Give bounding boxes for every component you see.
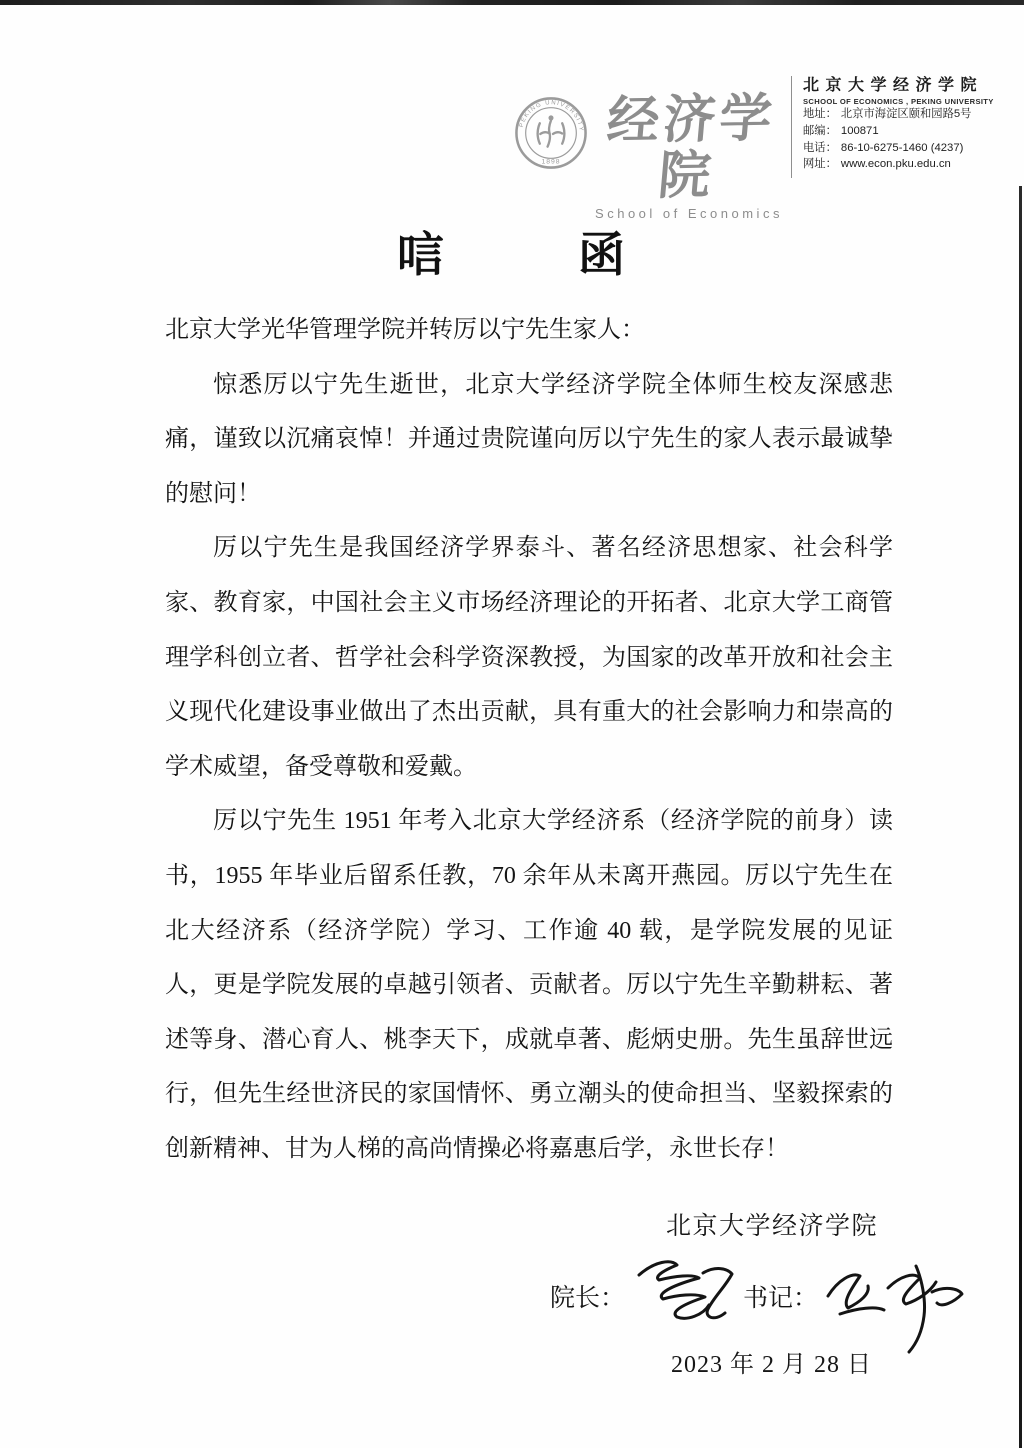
paragraph-2: 厉以宁先生是我国经济学界泰斗、著名经济思想家、社会科学家、教育家，中国社会主义市… xyxy=(165,521,893,794)
letter-body: 北京大学光华管理学院并转厉以宁先生家人： 惊悉厉以宁先生逝世，北京大学经济学院全… xyxy=(165,303,893,1177)
postcode-row: 邮编： 100871 xyxy=(803,124,1003,140)
calligraphy-text: 经济学院 xyxy=(589,90,789,205)
org-name-en: SCHOOL OF ECONOMICS , PEKING UNIVERSITY xyxy=(803,97,1003,106)
condolence-letter-page: PEKING UNIVERSITY 1898 经济学院 School of Ec… xyxy=(0,0,1024,1448)
address-row: 地址： 北京市海淀区颐和园路5号 xyxy=(803,107,1003,123)
salutation: 北京大学光华管理学院并转厉以宁先生家人： xyxy=(165,303,893,358)
signoff-date: 2023 年 2 月 28 日 xyxy=(0,1344,1024,1379)
signature-row: 院长： 书记： xyxy=(0,1250,968,1342)
school-calligraphy-logo: 经济学院 School of Economics xyxy=(594,92,784,221)
signoff-org: 北京大学经济学院 xyxy=(0,1206,1024,1242)
scan-edge-top xyxy=(0,0,1024,5)
phone-value: 86-10-6275-1460 (4237) xyxy=(841,141,963,157)
pku-seal-icon: PEKING UNIVERSITY 1898 xyxy=(514,95,588,176)
website-row: 网址： www.econ.pku.edu.cn xyxy=(803,157,1003,173)
dean-signature xyxy=(623,1251,741,1331)
postcode-label: 邮编： xyxy=(803,124,837,140)
title-char-first: 唁 xyxy=(397,218,446,285)
secretary-label: 书记： xyxy=(743,1278,818,1314)
header-divider xyxy=(791,76,792,178)
svg-text:1898: 1898 xyxy=(541,159,560,166)
postcode-value: 100871 xyxy=(841,124,879,140)
phone-row: 电话： 86-10-6275-1460 (4237) xyxy=(803,141,1003,157)
website-value: www.econ.pku.edu.cn xyxy=(841,157,951,173)
address-label: 地址： xyxy=(803,107,837,123)
org-name-cn: 北京大学经济学院 xyxy=(803,72,1003,95)
paragraph-3: 厉以宁先生 1951 年考入北京大学经济系（经济学院的前身）读书，1955 年毕… xyxy=(165,794,893,1176)
letter-title: 唁 函 xyxy=(0,218,1024,285)
paragraph-1: 惊悉厉以宁先生逝世，北京大学经济学院全体师生校友深感悲痛，谨致以沉痛哀悼！并通过… xyxy=(165,358,893,522)
letterhead-info: 北京大学经济学院 SCHOOL OF ECONOMICS , PEKING UN… xyxy=(803,72,1003,173)
phone-label: 电话： xyxy=(803,141,837,157)
dean-label: 院长： xyxy=(550,1278,625,1314)
signoff-block: 北京大学经济学院 院长： 书记： 2023 年 2 月 28 xyxy=(0,1206,1024,1379)
website-label: 网址： xyxy=(803,157,837,173)
title-char-second: 函 xyxy=(578,218,627,285)
address-value: 北京市海淀区颐和园路5号 xyxy=(841,107,972,123)
